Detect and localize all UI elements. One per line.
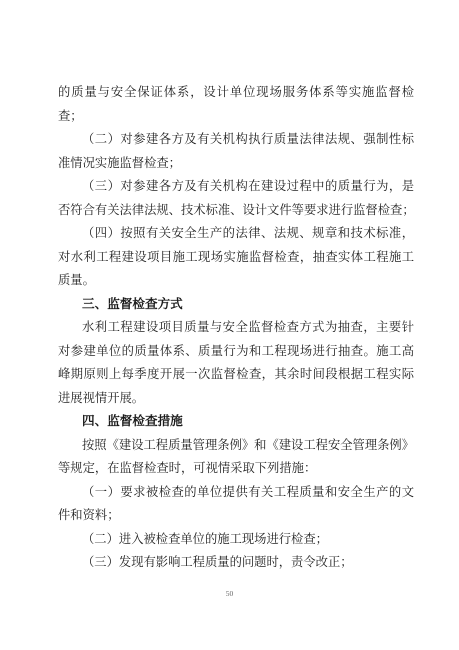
text-line: 准情况实施监督检查；: [58, 152, 414, 176]
text-line: 否符合有关法律法规、技术标准、设计文件等要求进行监督检查；: [58, 199, 414, 223]
text-line: 对参建单位的质量体系、质量行为和工程现场进行抽查。施工高: [58, 340, 414, 364]
text-line: （一）要求被检查的单位提供有关工程质量和安全生产的文: [58, 481, 414, 505]
section-heading: 四、监督检查措施: [58, 410, 414, 434]
text-line: 等规定，在监督检查时，可视情采取下列措施：: [58, 457, 414, 481]
document-body: 的质量与安全保证体系，设计单位现场服务体系等实施监督检查；（二）对参建各方及有关…: [58, 81, 414, 575]
text-line: （二）对参建各方及有关机构执行质量法律法规、强制性标: [58, 128, 414, 152]
page-number: 50: [0, 589, 459, 599]
text-line: 按照《建设工程质量管理条例》和《建设工程安全管理条例》: [58, 434, 414, 458]
text-line: （二）进入被检查单位的施工现场进行检查；: [58, 528, 414, 552]
section-heading: 三、监督检查方式: [58, 293, 414, 317]
text-line: 水利工程建设项目质量与安全监督检查方式为抽查，主要针: [58, 316, 414, 340]
text-line: 质量。: [58, 269, 414, 293]
text-line: 的质量与安全保证体系，设计单位现场服务体系等实施监督检: [58, 81, 414, 105]
text-line: 查；: [58, 105, 414, 129]
text-line: （三）对参建各方及有关机构在建设过程中的质量行为，是: [58, 175, 414, 199]
text-line: （四）按照有关安全生产的法律、法规、规章和技术标准，: [58, 222, 414, 246]
text-line: 对水利工程建设项目施工现场实施监督检查，抽查实体工程施工: [58, 246, 414, 270]
document-page: 的质量与安全保证体系，设计单位现场服务体系等实施监督检查；（二）对参建各方及有关…: [0, 0, 459, 650]
text-line: （三）发现有影响工程质量的问题时，责令改正；: [58, 551, 414, 575]
text-line: 峰期原则上每季度开展一次监督检查，其余时间段根据工程实际: [58, 363, 414, 387]
text-line: 进展视情开展。: [58, 387, 414, 411]
text-line: 件和资料；: [58, 504, 414, 528]
